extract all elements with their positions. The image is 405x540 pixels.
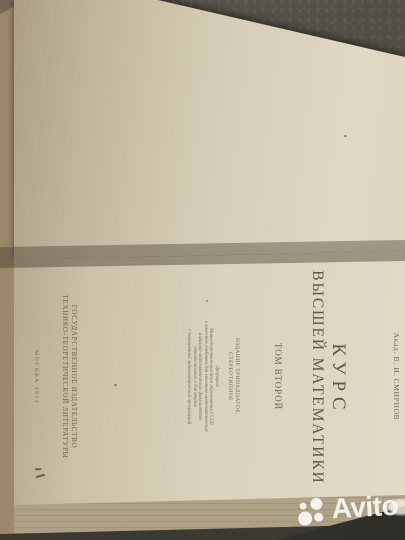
title-page-content: Акад. В. И. СМИРНОВ КУРС ВЫСШЕЙ МАТЕМАТИ…: [14, 253, 405, 500]
edition-line-2: СТЕРЕОТИПНОЕ: [225, 253, 232, 500]
listing-photo: Акад. В. И. СМИРНОВ КУРС ВЫСШЕЙ МАТЕМАТИ…: [0, 0, 405, 540]
volume-label: ТОМ ВТОРОЙ: [273, 253, 283, 500]
approval-text: Допущено Министерством высшего образован…: [186, 253, 219, 500]
approval-line: с повышенной математической программой: [186, 253, 192, 500]
avito-watermark: Avito: [297, 489, 405, 539]
avito-logo-icon: [297, 497, 331, 531]
avito-wordmark: Avito: [331, 492, 399, 523]
author-line: Акад. В. И. СМИРНОВ: [392, 253, 401, 500]
city-year: МОСКВА 1954: [33, 253, 39, 500]
approval-line: и физико-математических факультетов: [197, 253, 203, 500]
approval-line: Допущено: [214, 253, 220, 500]
approval-line: в качестве учебника для механико-математ…: [203, 253, 209, 500]
publisher-name: ГОСУДАРСТВЕННОЕ ИЗДАТЕЛЬСТВО ТЕХНИКО-ТЕО…: [60, 253, 78, 500]
publisher-line-1: ГОСУДАРСТВЕННОЕ ИЗДАТЕЛЬСТВО: [69, 253, 78, 500]
book-subtitle: ВЫСШЕЙ МАТЕМАТИКИ: [308, 253, 326, 500]
paper-speck: [114, 384, 117, 386]
approval-line: университетов и для втузов: [192, 253, 198, 500]
paper-speck: [344, 135, 347, 137]
book-title: КУРС: [327, 253, 349, 500]
paper-speck: [206, 300, 208, 302]
publisher-line-2: ТЕХНИКО-ТЕОРЕТИЧЕСКОЙ ЛИТЕРАТУРЫ: [60, 253, 69, 500]
edition-label: ИЗДАНИЕ ТРИНАДЦАТОЕ, СТЕРЕОТИПНОЕ: [225, 253, 240, 500]
edition-line-1: ИЗДАНИЕ ТРИНАДЦАТОЕ,: [233, 253, 240, 500]
approval-line: Министерством высшего образования СССР: [208, 253, 214, 500]
